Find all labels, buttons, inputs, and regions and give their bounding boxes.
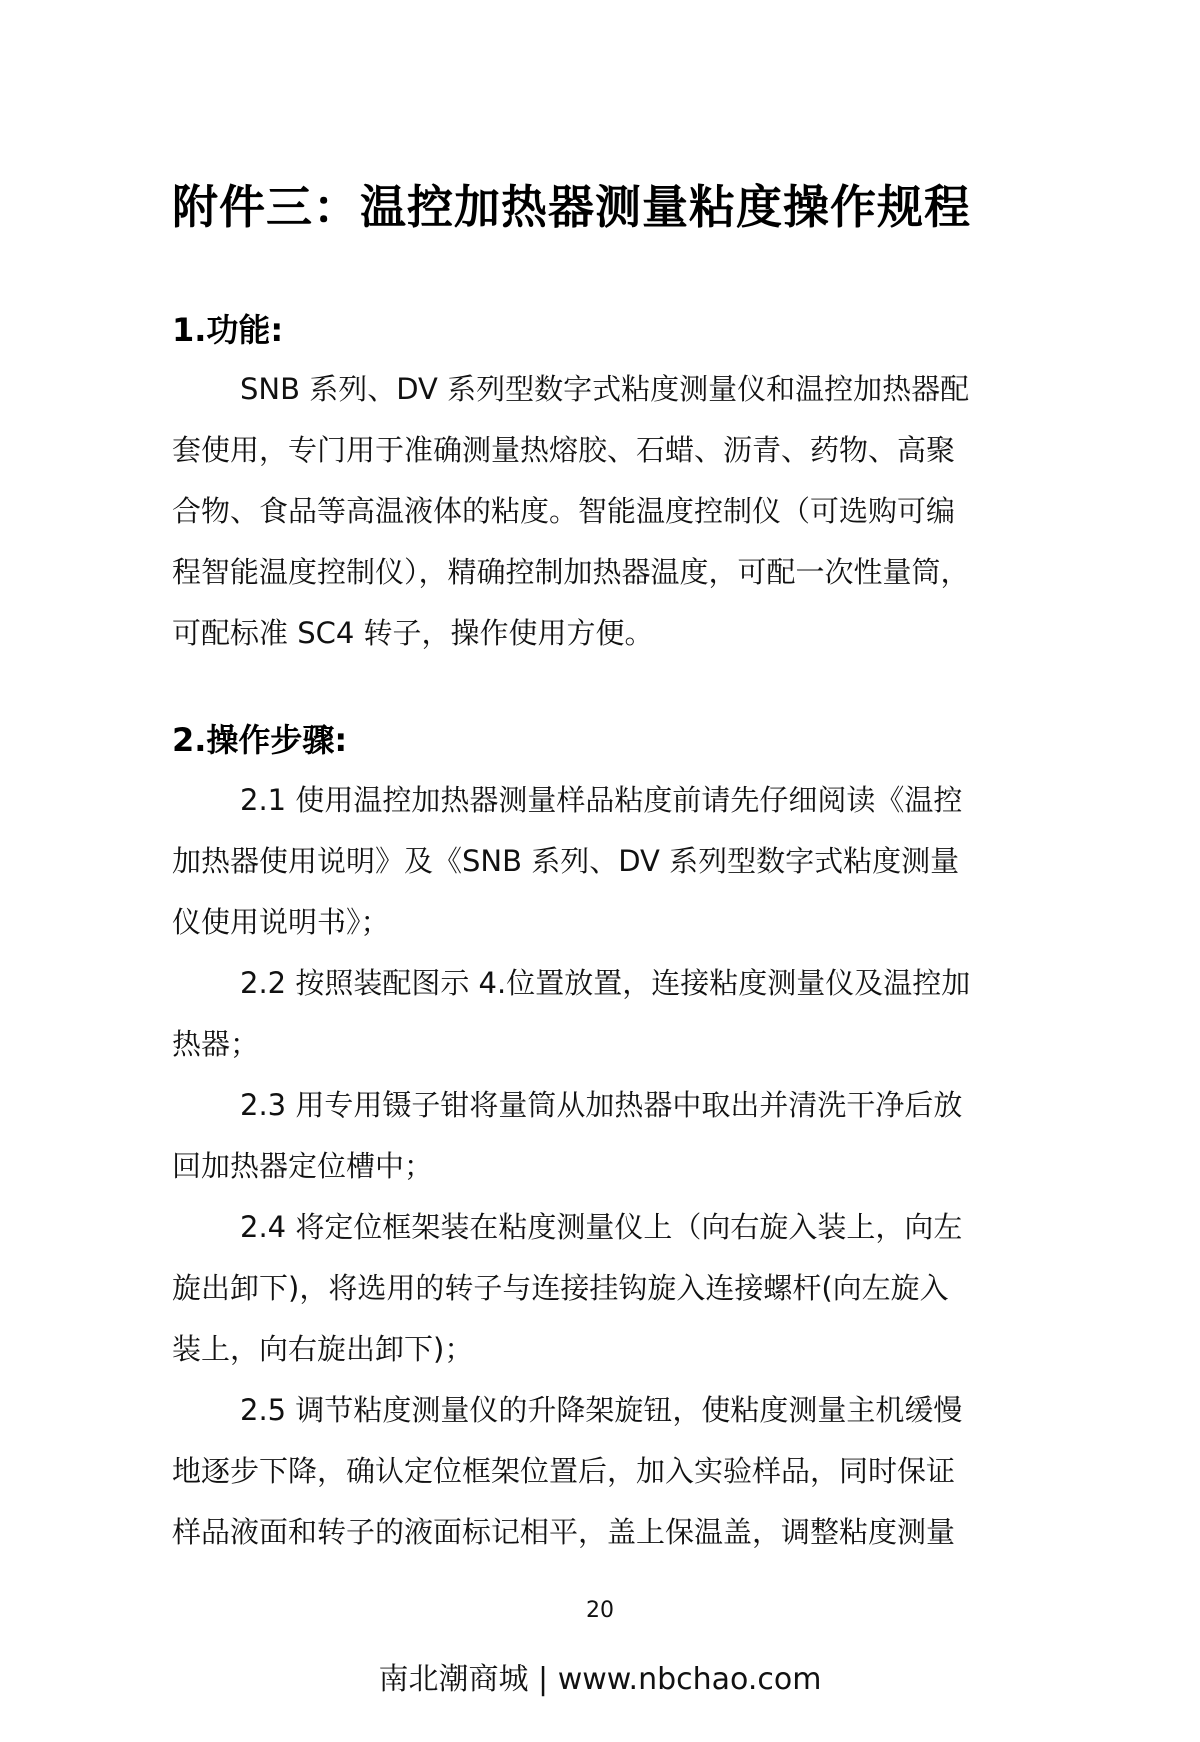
paragraph-line: 可配标准 SC4 转子，操作使用方便。 xyxy=(172,603,1034,664)
document-page: 附件三：温控加热器测量粘度操作规程 1.功能: SNB 系列、DV 系列型数字式… xyxy=(0,0,1200,1742)
paragraph-line: 套使用，专门用于准确测量热熔胶、石蜡、沥青、药物、高聚 xyxy=(172,420,1034,481)
section-heading-function: 1.功能: xyxy=(172,308,283,352)
step-line: 热器； xyxy=(172,1014,1034,1075)
step-line: 仪使用说明书》； xyxy=(172,892,1034,953)
step-line: 2.2 按照装配图示 4.位置放置，连接粘度测量仪及温控加 xyxy=(172,953,1034,1014)
step-line: 2.1 使用温控加热器测量样品粘度前请先仔细阅读《温控 xyxy=(172,770,1034,831)
paragraph-line: SNB 系列、DV 系列型数字式粘度测量仪和温控加热器配 xyxy=(172,359,1034,420)
step-line: 2.4 将定位框架装在粘度测量仪上（向右旋入装上，向左 xyxy=(172,1197,1034,1258)
footer-site-link[interactable]: 南北潮商城 | www.nbchao.com xyxy=(0,1660,1200,1700)
step-2-5: 2.5 调节粘度测量仪的升降架旋钮，使粘度测量主机缓慢 地逐步下降，确认定位框架… xyxy=(172,1380,1034,1563)
step-line: 装上，向右旋出卸下)； xyxy=(172,1319,1034,1380)
step-line: 回加热器定位槽中； xyxy=(172,1136,1034,1197)
step-2-2: 2.2 按照装配图示 4.位置放置，连接粘度测量仪及温控加 热器； xyxy=(172,953,1034,1075)
step-line: 2.3 用专用镊子钳将量筒从加热器中取出并清洗干净后放 xyxy=(172,1075,1034,1136)
section-heading-steps: 2.操作步骤: xyxy=(172,718,347,762)
step-line: 加热器使用说明》及《SNB 系列、DV 系列型数字式粘度测量 xyxy=(172,831,1034,892)
step-line: 旋出卸下)，将选用的转子与连接挂钩旋入连接螺杆(向左旋入 xyxy=(172,1258,1034,1319)
step-2-1: 2.1 使用温控加热器测量样品粘度前请先仔细阅读《温控 加热器使用说明》及《SN… xyxy=(172,770,1034,953)
step-line: 样品液面和转子的液面标记相平，盖上保温盖，调整粘度测量 xyxy=(172,1502,1034,1563)
document-title: 附件三：温控加热器测量粘度操作规程 xyxy=(172,176,971,238)
paragraph-line: 程智能温度控制仪），精确控制加热器温度，可配一次性量筒， xyxy=(172,542,1034,603)
paragraph-line: 合物、食品等高温液体的粘度。智能温度控制仪（可选购可编 xyxy=(172,481,1034,542)
function-paragraph: SNB 系列、DV 系列型数字式粘度测量仪和温控加热器配 套使用，专门用于准确测… xyxy=(172,359,1034,664)
step-2-4: 2.4 将定位框架装在粘度测量仪上（向右旋入装上，向左 旋出卸下)，将选用的转子… xyxy=(172,1197,1034,1380)
page-number: 20 xyxy=(0,1596,1200,1626)
step-line: 2.5 调节粘度测量仪的升降架旋钮，使粘度测量主机缓慢 xyxy=(172,1380,1034,1441)
step-2-3: 2.3 用专用镊子钳将量筒从加热器中取出并清洗干净后放 回加热器定位槽中； xyxy=(172,1075,1034,1197)
step-line: 地逐步下降，确认定位框架位置后，加入实验样品，同时保证 xyxy=(172,1441,1034,1502)
